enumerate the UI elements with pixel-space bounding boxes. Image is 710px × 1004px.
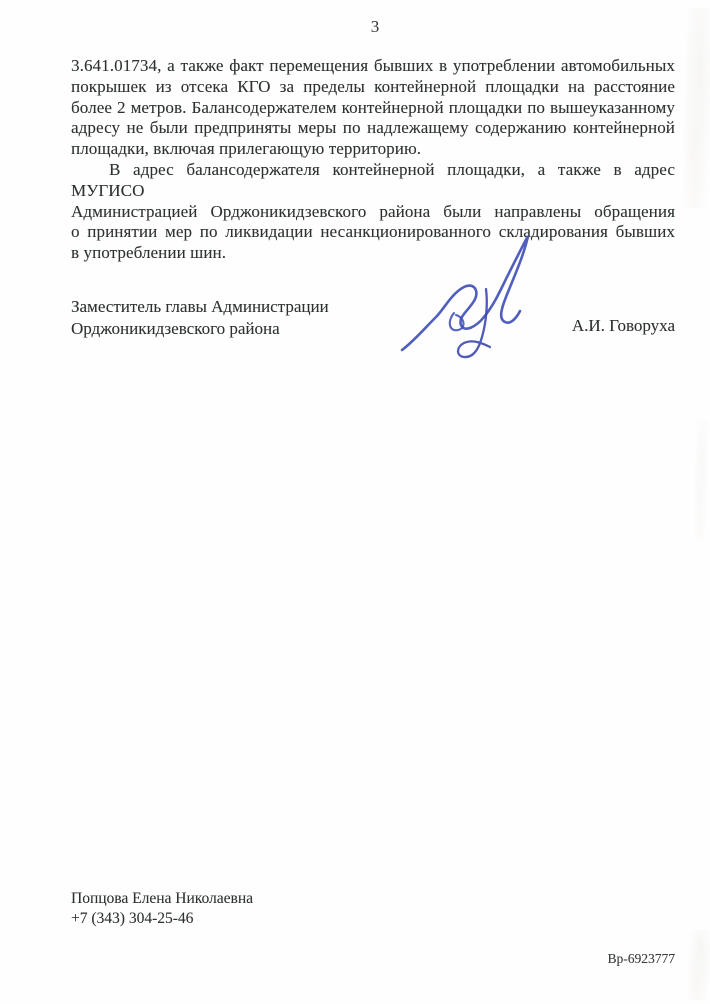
- paragraph: 3.641.01734, а также факт перемещения бы…: [71, 56, 675, 160]
- text-line: о принятии мер по ликвидации несанкциони…: [71, 222, 675, 243]
- paragraph: В адрес балансодержателя контейнерной пл…: [71, 160, 675, 264]
- contact-name: Попцова Елена Николаевна: [71, 889, 253, 909]
- signer-position-line2: Орджоникидзевского района: [71, 319, 280, 339]
- text-line: покрышек из отсека КГО за пределы контей…: [71, 77, 675, 98]
- page-number: 3: [0, 17, 710, 37]
- handwritten-signature-icon: [398, 229, 548, 361]
- text-line: в употреблении шин.: [71, 243, 675, 264]
- text-line: площадки, включая прилегающую территорию…: [71, 139, 675, 160]
- text-line: 3.641.01734, а также факт перемещения бы…: [71, 56, 675, 77]
- text-line: В адрес балансодержателя контейнерной пл…: [71, 160, 675, 202]
- footer-contact: Попцова Елена Николаевна +7 (343) 304-25…: [71, 889, 253, 929]
- scan-artifact: [684, 8, 710, 208]
- contact-phone: +7 (343) 304-25-46: [71, 909, 253, 929]
- text-line: Администрацией Орджоникидзевского района…: [71, 202, 675, 223]
- document-id: Вр-6923777: [608, 951, 676, 967]
- signer-name: А.И. Говоруха: [572, 316, 675, 336]
- scan-artifact: [694, 420, 708, 540]
- letter-body: 3.641.01734, а также факт перемещения бы…: [71, 56, 675, 264]
- text-line: адресу не были предприняты меры по надле…: [71, 118, 675, 139]
- scanned-letter-page: 3 3.641.01734, а также факт перемещения …: [0, 0, 710, 1004]
- scan-artifact: [688, 930, 710, 1000]
- signer-position-line1: Заместитель главы Администрации: [71, 297, 329, 317]
- text-line: более 2 метров. Балансодержателем контей…: [71, 98, 675, 119]
